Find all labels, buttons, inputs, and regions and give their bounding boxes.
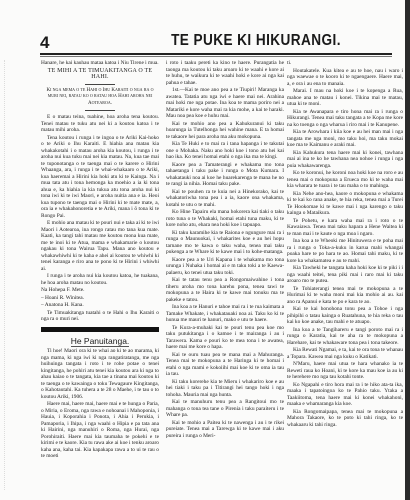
paragraph: Haere mai, haere mai, haere mai e te hun… [41,401,159,460]
paragraph: Houtakatele. Kua kitea e au te hoe, nau … [287,68,403,88]
paragraph: E mohio ana matau ki te pouri nui e taka… [41,220,159,272]
paragraph: Kai te kai honohona tonu pea a Tohoe i n… [287,306,403,326]
column-3: ti. Houtakatele. Kua kitea e au te hoe, … [287,60,403,429]
paragraph: Kaore pea a Tamaterangi e whakama mo ton… [166,162,284,188]
paragraph: Ina koa a te Wheoki me Hinituwera e te p… [287,238,403,264]
paragraph: E o matau teina, tuahine, hoa aroha tena… [41,114,159,134]
paragraph: Ko te koronui, he koroni noa hoki koe na… [287,170,403,190]
page-number: 4 [40,33,49,53]
paragraph: i roto i taaku pereti ka kino te haere. … [166,60,284,86]
paragraph: Ki taku korerehe kia te Mieru i whakarir… [166,379,284,399]
paragraph: Kai te ouru tuau pea te mana mai a Mahur… [166,352,284,378]
paragraph: I runga i te aroha nui kia koutou katoa,… [41,273,159,286]
page-edge-specks [4,60,7,490]
paragraph: Kai te mohio a Paitea ki te nawenga i au… [166,420,284,440]
section-divider-bar [41,327,159,332]
section-title: He Panuitanga. [41,338,159,345]
paragraph: Kai te tatau tenu pea a Rongomaiwahine i… [166,277,284,303]
paragraph: Hanare, he kai kauhau mataa katoa i Niu … [41,60,159,67]
paragraph: Kaore pea a te Uri Kapana i te whakama m… [166,257,284,277]
masthead-title: TE PUKE KI HIKURANGI. [132,32,380,50]
signature: – Hoani R. Winitea. [41,295,159,302]
signature: Na Hohepa F. Mete. [41,287,159,294]
paragraph: Ko Ngapahi e tiro hora mai ra i te hiko … [287,382,403,408]
paragraph: Te Timuakitanga tuatahi o te Hahi o Ihu … [41,310,159,323]
paragraph: Kia Rongomaipapa, tenea mai te mokopuna … [287,409,403,429]
paragraph: Kia te Awanapara e tiro hona mai ra i ru… [287,109,403,129]
divider [85,110,115,111]
paragraph: Ki taku karamihe kia te Raiona e ngungur… [166,230,284,256]
paragraph: Kia Nehe ano-hea, kaore o mokopuna e wha… [287,191,403,217]
divider [85,84,115,85]
article-subheading: Ki nga mema o te Hahi o Ihu Karaiti o ng… [41,88,159,108]
column-1: Hanare, he kai kauhau mataa katoa i Niu … [41,60,159,461]
paragraph: Kia te Arowhara i kiia koe e au hei man … [287,129,403,149]
paragraph: N'Maru, haere mai utua te hara whanako i… [287,361,403,381]
paragraph: Ti hoe! Maori ora ki te whai ao ki te ao… [41,348,159,400]
paragraph: ti. [287,60,403,67]
paragraph: Tena koutou i runga i te ingoa o te Arik… [41,135,159,220]
paragraph: Kia Te Huki e to mai ra i tana hapanga i… [166,141,284,161]
paragraph: Kai te mohio ano pea a Kahukuranui ki ta… [166,121,284,141]
paragraph: Marai. I mau na hoki koe i te kopenga a … [287,88,403,108]
paragraph: Te Tohiaterangi tenea mai te mokopuna a … [287,286,403,306]
column-2: i roto i taaku pereti ka kino te haere. … [166,60,284,440]
paragraph: Kai te manuhuru tenu pea a Rangitoui mo … [166,399,284,419]
article-heading: TE MIHI A TE TIMUAKITANGA O TE HAHI. [41,68,159,81]
paragraph: Ko Hine Tapairu ela mana hokorera kai ti… [166,209,284,229]
paragraph: Kia Tawheki he tangata kaha hoki koe ki … [287,265,403,285]
header-rule-thin [40,56,392,57]
paragraph: Te Pohetu, e kara waha mai ra i roto o t… [287,218,403,238]
paragraph: Kai te pouhen ra te kuia nei a Hinekorak… [166,189,284,209]
paragraph: Te Kura-a-muhaki kai te pouri tenu pea k… [166,325,284,351]
paragraph: Ina koa a te Tangihareru e tangi poroto … [287,327,403,347]
paragraph: Kia Kahukura tena haere mai ki konei, ta… [287,150,403,170]
paragraph: 1st.—Kai te moe ano pea a te Tiupiri! Ma… [166,87,284,120]
paragraph: Ina koa a te Hanuri e tahoe mai ra i te … [166,304,284,324]
scan-edge-bar [405,0,410,500]
section-title-text: He Panuitanga. [71,336,130,347]
signature: – Anatona H. Kana. [41,302,159,309]
header-rule [40,53,392,55]
paragraph: Kia Rewati Ngamai, e ta, kai te ora tona… [287,347,403,360]
page-header: 4 TE PUKE KI HIKURANGI. [40,30,402,52]
